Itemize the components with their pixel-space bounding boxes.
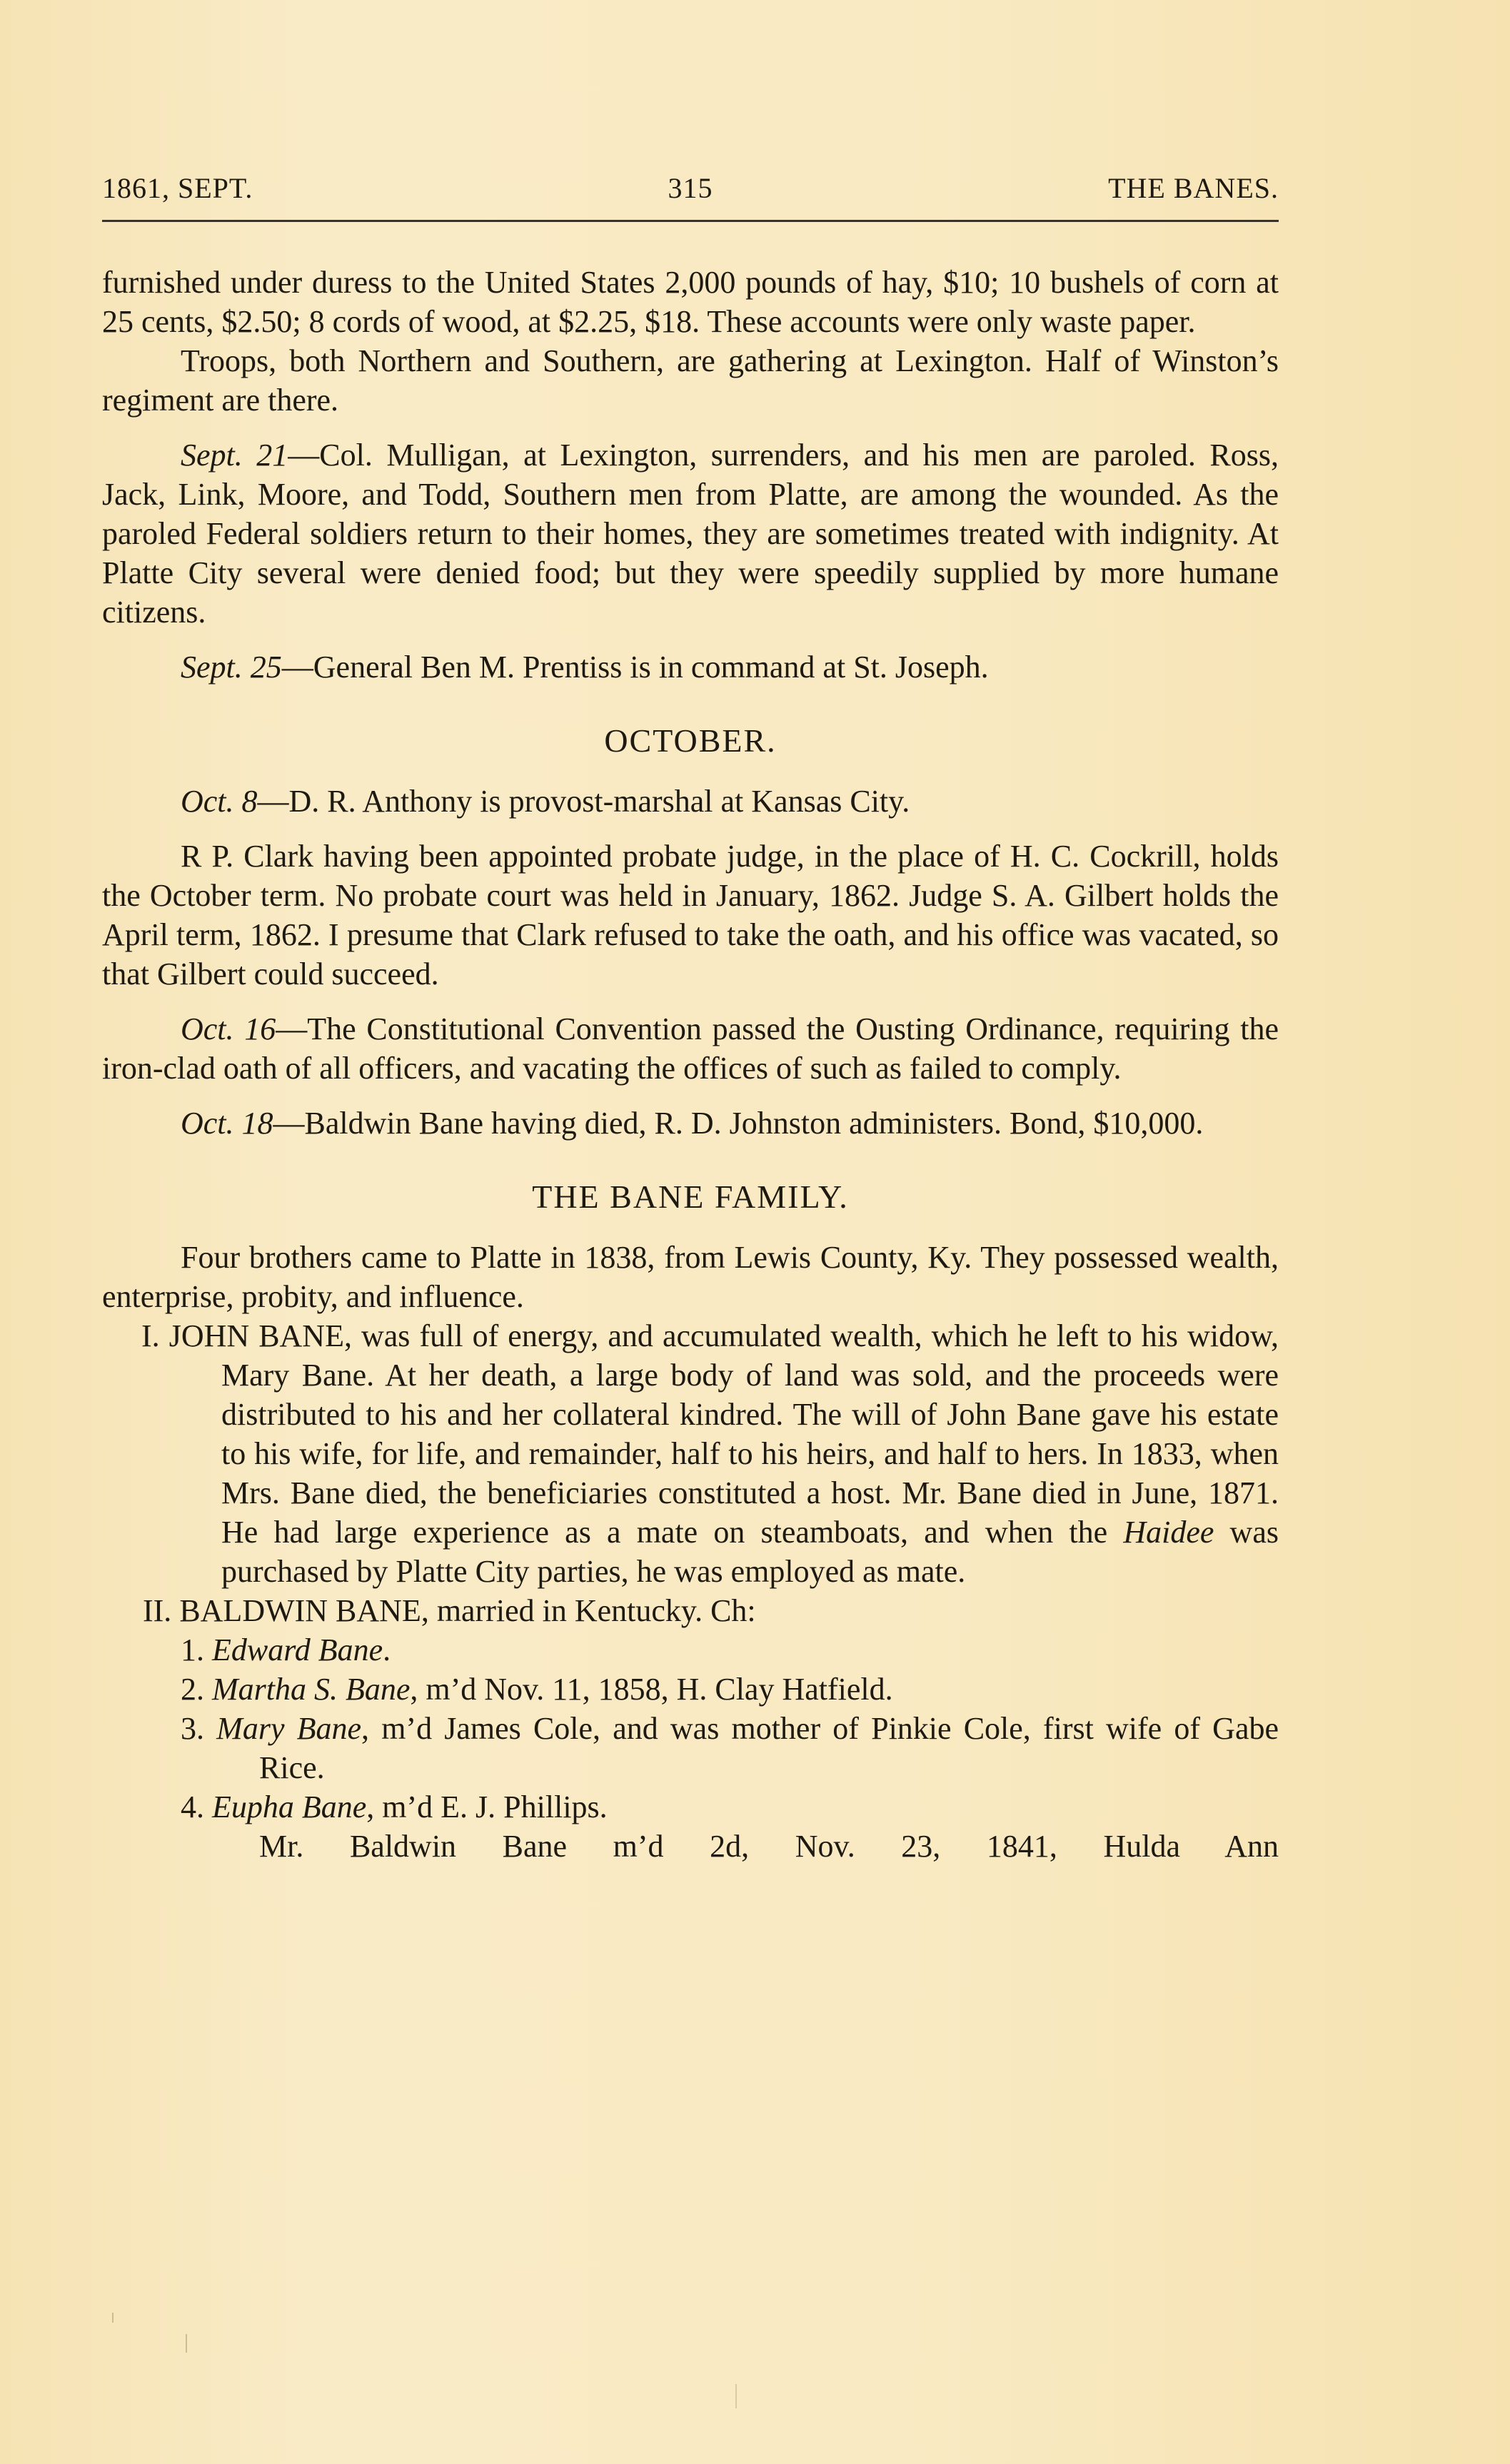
child-details: , m’d Nov. 11, 1858, H. Clay Hatfield.	[410, 1672, 892, 1707]
running-head: 1861, SEPT. 315 THE BANES.	[102, 171, 1279, 208]
child-details: , m’d E. J. Phillips.	[366, 1789, 607, 1824]
paragraph-second-marriage: Mr. Baldwin Bane m’d 2d, Nov. 23, 1841, …	[102, 1827, 1279, 1866]
child-name: Martha S. Bane	[212, 1672, 410, 1707]
child-entry: 4. Eupha Bane, m’d E. J. Phillips.	[102, 1787, 1279, 1827]
paper-speck	[186, 2334, 187, 2353]
child-details: , m’d James Cole, and was mother of Pink…	[259, 1711, 1279, 1785]
paragraph-duress-accounts: furnished under duress to the United Sta…	[102, 263, 1279, 341]
entry-text: —The Constitutional Convention passed th…	[102, 1011, 1279, 1086]
child-number: 4.	[181, 1789, 204, 1824]
paragraph-oct-18: Oct. 18—Baldwin Bane having died, R. D. …	[102, 1104, 1279, 1143]
child-entry: 3. Mary Bane, m’d James Cole, and was mo…	[102, 1709, 1279, 1787]
paragraph-troops-lexington: Troops, both Northern and Southern, are …	[102, 341, 1279, 420]
steamboat-name: Haidee	[1123, 1515, 1214, 1550]
child-details: .	[383, 1632, 391, 1667]
date-label: Oct. 8	[181, 784, 258, 819]
paper-speck	[112, 2313, 114, 2323]
page-number: 315	[102, 171, 1279, 205]
entry-baldwin-bane: II. BALDWIN BANE, married in Kentucky. C…	[102, 1591, 1279, 1630]
section-heading-bane-family: THE BANE FAMILY.	[102, 1177, 1279, 1216]
running-head-title: THE BANES.	[1108, 171, 1279, 205]
date-label: Oct. 16	[181, 1011, 276, 1046]
roman-numeral: II.	[143, 1593, 171, 1628]
date-label: Oct. 18	[181, 1106, 273, 1141]
header-rule	[102, 220, 1279, 222]
date-label: Sept. 25	[181, 650, 282, 685]
entry-text: , married in Kentucky. Ch:	[421, 1593, 756, 1628]
person-name: BALDWIN BANE	[179, 1593, 421, 1628]
child-name: Edward Bane	[212, 1632, 383, 1667]
paragraph-oct-8: Oct. 8—D. R. Anthony is provost-marshal …	[102, 782, 1279, 821]
paragraph-oct-16: Oct. 16—The Constitutional Convention pa…	[102, 1009, 1279, 1088]
roman-numeral: I.	[141, 1318, 160, 1353]
child-name: Mary Bane	[216, 1711, 361, 1746]
date-label: Sept. 21	[181, 438, 288, 473]
paragraph-sept-25: Sept. 25—General Ben M. Prentiss is in c…	[102, 647, 1279, 687]
paragraph-bane-intro: Four brothers came to Platte in 1838, fr…	[102, 1238, 1279, 1316]
entry-text: —General Ben M. Prentiss is in command a…	[282, 650, 989, 685]
body-text: furnished under duress to the United Sta…	[102, 263, 1279, 1866]
child-entry: 1. Edward Bane.	[102, 1630, 1279, 1670]
child-number: 3.	[181, 1711, 204, 1746]
entry-text: , was full of energy, and accumulated we…	[221, 1318, 1279, 1550]
section-heading-october: OCTOBER.	[102, 721, 1279, 760]
child-number: 2.	[181, 1672, 204, 1707]
paragraph-sept-21: Sept. 21—Col. Mulligan, at Lexington, su…	[102, 435, 1279, 632]
entry-text: —D. R. Anthony is provost-marshal at Kan…	[258, 784, 910, 819]
paragraph-clark-probate: R P. Clark having been appointed probate…	[102, 837, 1279, 994]
child-name: Eupha Bane	[212, 1789, 366, 1824]
entry-john-bane: I. JOHN BANE, was full of energy, and ac…	[102, 1316, 1279, 1591]
entry-text: —Baldwin Bane having died, R. D. Johnsto…	[273, 1106, 1204, 1141]
child-entry: 2. Martha S. Bane, m’d Nov. 11, 1858, H.…	[102, 1670, 1279, 1709]
person-name: JOHN BANE	[169, 1318, 344, 1353]
child-number: 1.	[181, 1632, 204, 1667]
paper-speck	[735, 2384, 737, 2408]
